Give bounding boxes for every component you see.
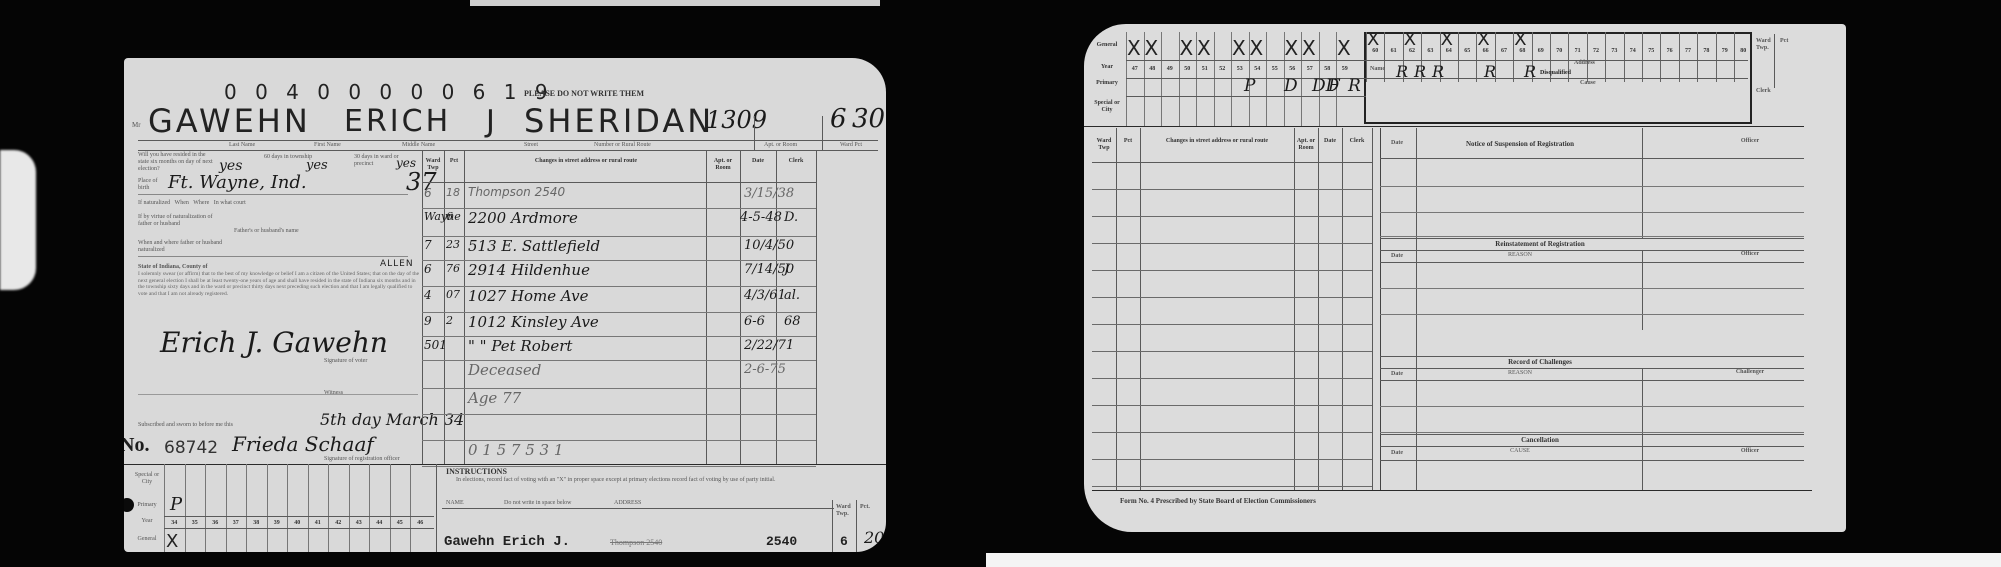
mr-label: Mr [132,122,141,129]
table-line [369,464,370,552]
general-vote-mark: X [1127,38,1141,58]
stub-name-label: NAME [446,500,464,507]
table-line [1380,288,1804,289]
year-cell: 34 [165,520,184,526]
cell-ward: 9 [424,314,432,328]
card-tab-fragment [0,150,36,290]
cancellation-cause: CAUSE [1460,448,1580,455]
year-cell: 39 [268,520,287,526]
oath-text: I solemnly swear (or affirm) that to the… [138,271,420,297]
table-row [1092,243,1372,244]
year-cell: 37 [227,520,246,526]
table-line [328,464,329,552]
registration-card-back: GeneralYearPrimarySpecial or City47X48X4… [1084,24,1846,532]
cell-pct: 18 [446,186,460,199]
grid-row-label: Year [130,518,164,525]
grid-row-label: Special or City [130,472,164,486]
table-row [422,414,816,440]
table-line [1734,32,1735,82]
cell-ward: 4 [424,288,432,302]
table-line [1380,262,1804,263]
label-reg-no: No. [124,434,149,457]
general-vote-mark: X [1250,38,1264,58]
label-last-name: Last Name [229,142,255,149]
table-row: 501" " Pet Robert2/22/71 [422,336,816,360]
table-line [1384,32,1385,82]
table-line [1624,32,1625,82]
year-cell: 48 [1144,66,1162,72]
cell-ward: Wayne [424,210,461,223]
stub-no-write-label: Do not write in space below [504,500,571,507]
stub-pct: 20 [864,528,884,547]
reinstatement-officer: Officer [1710,251,1790,258]
primary-vote-mark: P [1244,76,1255,96]
grid-row-label: Primary [130,502,164,509]
last-name: GAWEHN [148,102,311,140]
label-apt: Apt. or Room [764,142,797,149]
stub-address: Thompson 2540 [610,538,662,547]
year-cell: 53 [1231,66,1249,72]
primary-vote-mark: F [1328,76,1340,96]
primary-vote-mark: R [1484,62,1496,81]
table-row [1092,378,1372,379]
table-line [1716,32,1717,82]
year-cell: 71 [1568,48,1586,54]
table-row: Deceased2-6-75 [422,360,816,388]
registration-number: 68742 [164,438,218,458]
table-line [308,464,309,552]
year-cell: 78 [1697,48,1715,54]
year-cell: 40 [288,520,307,526]
primary-vote-mark: P [170,494,182,515]
label-state-county: State of Indiana, County of [138,264,208,271]
year-cell: 47 [1126,66,1144,72]
table-line [1642,446,1643,490]
year-cell: 57 [1301,66,1319,72]
table-line [1126,96,1366,97]
table-header-cell: Changes in street address or rural route [1141,138,1293,145]
table-line [1416,128,1417,490]
cell-date: 3/15/38 [744,186,794,201]
table-line [205,464,206,552]
year-cell: 41 [309,520,328,526]
table-row [1092,459,1372,460]
ward-number: 6 [830,104,847,134]
grid-row-label: General [130,536,164,543]
table-line [1126,60,1748,61]
year-cell: 61 [1384,48,1402,54]
box-label-clerk: Clerk [1756,88,1771,95]
table-row: 4071027 Home Ave4/3/61al. [422,286,816,312]
table-row: 618Thompson 25403/15/38 [422,184,816,208]
year-cell: 70 [1550,48,1568,54]
header-date: Date [1384,140,1410,147]
table-line [1642,32,1643,82]
year-cell: 55 [1266,66,1284,72]
table-header-cell: Pct [446,158,462,165]
reinstatement-reason: REASON [1460,252,1580,259]
table-row: 0 1 5 7 5 3 1 [422,440,816,466]
label-first-name: First Name [314,142,341,149]
middle-initial: J [486,104,497,139]
cell-address: 0 1 5 7 5 3 1 [468,441,563,459]
table-line [1380,158,1804,159]
adjacent-card-edge [470,0,880,6]
cell-date: 4/3/61 [744,288,786,303]
table-line [246,464,247,552]
table-line [164,516,434,517]
cell-address: 2200 Ardmore [468,209,578,227]
table-header-cell: Changes in street address or rural route [468,158,704,165]
cell-date: 2-6-75 [744,362,786,377]
year-cell: 46 [411,520,430,526]
table-line [164,528,434,529]
table-line [349,464,350,552]
reinstatement-title: Reinstatement of Registration [1440,240,1640,248]
table-line [1380,406,1804,407]
general-vote-mark: X [1180,38,1194,58]
table-line [1092,162,1372,163]
table-row [1092,189,1372,190]
table-row [1092,432,1372,433]
grid-row-label: Special or City [1090,100,1124,114]
table-row [1092,351,1372,352]
cell-pct: 76 [446,262,460,275]
general-vote-mark: X [1477,30,1489,50]
year-cell: 59 [1336,66,1354,72]
table-line [410,464,411,552]
year-cell: 67 [1495,48,1513,54]
stub-pct-label: Pct. [860,504,870,511]
year-cell: 76 [1660,48,1678,54]
year-cell: 73 [1605,48,1623,54]
label-naturalization: If by virtue of naturalization of father… [138,214,218,228]
general-vote-mark: X [1197,38,1211,58]
table-line [1380,356,1804,357]
table-line [1380,460,1804,461]
grid-row-label: Year [1090,64,1124,71]
table-header-cell: Ward Twp [1093,138,1115,152]
table-row [1092,324,1372,325]
officer-signature: Frieda Schaaf [232,432,374,456]
reinstatement-date: Date [1384,253,1410,260]
table-header-cell: Date [742,158,774,165]
table-line [390,464,391,552]
year-cell: 79 [1716,48,1734,54]
cell-address: 1012 Kinsley Ave [468,313,599,331]
grid-row-label: Primary [1090,80,1124,87]
cell-pct: 23 [446,238,460,251]
precinct-number: 30 [852,104,885,134]
year-cell: 51 [1196,66,1214,72]
table-line [1214,32,1215,126]
year-cell: 69 [1532,48,1550,54]
label-street: Street [524,142,538,149]
table-row: 921012 Kinsley Ave6-668 [422,312,816,336]
primary-vote-mark: R [1348,76,1361,96]
table-line [1380,186,1804,187]
table-line [1642,368,1643,448]
table-header-cell: Apt. or Room [708,158,738,172]
year-cell: 43 [350,520,369,526]
header-officer: Officer [1710,138,1790,145]
label-place-of-birth: Place of birth [138,178,168,192]
table-row: Wayne62200 Ardmore4-5-48D. [422,208,816,236]
table-row: 723513 E. Sattlefield10/4/50 [422,236,816,260]
year-cell: 72 [1587,48,1605,54]
stub-voter-name: Gawehn Erich J. [444,534,570,550]
table-header-cell: Ward Twp [424,158,442,172]
year-cell: 77 [1679,48,1697,54]
cell-address: Deceased [468,361,541,379]
table-line [1380,128,1381,490]
table-line [1642,250,1643,330]
table-header-cell: Clerk [778,158,814,165]
table-line [1294,128,1295,490]
box-label-cause: Cause [1580,80,1596,87]
table-line [1342,128,1343,490]
table-line [1266,32,1267,126]
cell-date: 4-5-48 [740,210,782,225]
cell-ward: 6 [424,262,432,276]
year-cell: 58 [1319,66,1337,72]
grid-row-label: General [1090,42,1124,49]
primary-vote-mark: R [1396,62,1408,81]
year-cell: 75 [1642,48,1660,54]
first-name: ERICH [344,104,451,139]
general-vote-mark: X [166,532,178,552]
cell-address: Age 77 [468,389,521,407]
header-suspension: Notice of Suspension of Registration [1420,140,1620,148]
label-officer-signature: Signature of registration officer [324,456,400,463]
box-label-pct: Pct [1780,38,1788,45]
table-line [1380,434,1804,435]
table-line [1161,32,1162,126]
year-cell: 80 [1734,48,1752,54]
cell-date: 2/22/71 [744,338,794,353]
table-header-cell: Pct [1117,138,1139,145]
year-cell: 52 [1214,66,1232,72]
challenges-reason: REASON [1460,370,1580,377]
registration-card-front: 0 0 4 0 0 0 0 0 6 1 9 PLEASE DO NOT WRIT… [124,58,886,552]
cell-address: 2914 Hildenhue [468,261,590,279]
table-line [1587,32,1588,82]
year-cell: 50 [1179,66,1197,72]
table-line [1380,238,1804,239]
table-line [1380,314,1804,315]
table-row: Age 77 [422,388,816,414]
table-line [1697,32,1698,82]
stub-ward-label: Ward Twp. [836,504,856,518]
year-cell: 35 [186,520,205,526]
general-vote-mark: X [1145,38,1159,58]
table-line [1642,128,1643,238]
year-cell: 54 [1249,66,1267,72]
bottom-margin [986,553,2001,567]
cell-pct: 2 [446,314,453,327]
general-vote-mark: X [1285,38,1299,58]
table-line [1605,32,1606,82]
cell-address: 513 E. Sattlefield [468,237,600,255]
table-line [1318,128,1319,490]
table-header-cell: Date [1319,138,1341,145]
table-line [267,464,268,552]
table-row: 6762914 Hildenhue7/14/50J [422,260,816,286]
cell-clerk: D. [784,210,798,225]
general-vote-mark: X [1514,30,1526,50]
cancellation-date: Date [1384,450,1410,457]
table-line [1774,34,1775,88]
county: ALLEN [380,259,414,269]
label-where-when: When and where father or husband natural… [138,240,238,254]
table-row [1092,297,1372,298]
year-cell: 36 [206,520,225,526]
box-label-disqualified: Disqualified [1540,70,1571,77]
primary-vote-mark: R [1524,62,1536,81]
table-row [1092,486,1372,487]
table-line [185,464,186,552]
primary-vote-mark: R [1414,62,1426,81]
general-vote-mark: X [1404,30,1416,50]
box-label-address: Address [1574,60,1595,67]
year-cell: 74 [1624,48,1642,54]
instructions-title: INSTRUCTIONS [446,468,507,476]
instructions-text: In elections, record fact of voting with… [456,477,866,484]
label-number: Number or Rural Route [594,142,651,149]
table-row [1092,405,1372,406]
table-line [1458,32,1459,82]
table-line [1679,32,1680,82]
table-line [1380,380,1804,381]
cancellation-officer: Officer [1710,448,1790,455]
table-line [1380,236,1804,237]
street-name: SHERIDAN [524,102,714,140]
year-cell: 65 [1458,48,1476,54]
cell-ward: 6 [424,186,432,200]
cell-pct: 07 [446,288,460,301]
year-cell: 63 [1421,48,1439,54]
cell-address: 1027 Home Ave [468,287,589,305]
general-vote-mark: X [1441,30,1453,50]
table-line [226,464,227,552]
header-note: PLEASE DO NOT WRITE THEM [524,90,644,98]
q-resided-state: Will you have resided in the state six m… [138,152,218,173]
label-naturalized: If naturalized When Where In what court [138,200,418,207]
table-line [1380,446,1804,447]
year-cell: 49 [1161,66,1179,72]
cell-pct: 6 [446,210,453,223]
form-footer: Form No. 4 Prescribed by State Board of … [1120,498,1316,505]
label-father-name: Father's or husband's name [234,228,299,235]
table-header-cell: Apt. or Room [1295,138,1317,152]
label-signature: Signature of voter [324,358,367,365]
general-vote-mark: X [1337,38,1351,58]
label-ward-pct: Ward Pct [840,142,862,149]
primary-vote-mark: D [1284,76,1298,96]
table-line [1660,32,1661,82]
general-vote-mark: X [1232,38,1246,58]
table-line [1140,128,1141,490]
table-line [164,464,165,552]
table-row [1092,216,1372,217]
cell-date: 10/4/50 [744,238,794,253]
cell-clerk: J [784,262,789,277]
cell-address: Thompson 2540 [468,185,565,199]
year-cell: 56 [1284,66,1302,72]
challenges-officer: Challenger [1710,369,1790,376]
table-line [422,182,816,183]
cell-ward: 7 [424,238,432,252]
general-vote-mark: X [1367,30,1379,50]
table-line [287,464,288,552]
cell-clerk: 68 [784,314,801,329]
challenges-title: Record of Challenges [1440,358,1640,366]
year-cell: 44 [370,520,389,526]
table-header-cell: Clerk [1343,138,1371,145]
table-line [1372,128,1373,490]
place-of-birth: Ft. Wayne, Ind. [168,172,307,193]
year-cell: 38 [247,520,266,526]
cell-address: " " Pet Robert [468,337,572,355]
table-line [1116,128,1117,490]
a-resided-township: yes [306,158,328,173]
box-label-ward: Ward Twp. [1756,38,1772,52]
cell-date: 6-6 [744,314,765,329]
cell-clerk: al. [784,288,800,303]
label-subscribed: Subscribed and sworn to before me this [138,422,233,429]
stub-ward: 6 [840,534,848,549]
stub-house: 2540 [766,534,797,549]
table-line [1380,432,1804,433]
cell-ward: 501 [424,338,447,352]
serial-number: 0 0 4 0 0 0 0 0 6 1 9 [224,80,554,104]
year-cell: 42 [329,520,348,526]
table-line [1380,212,1804,213]
punch-hole [124,498,134,512]
table-row [1092,270,1372,271]
house-number: 1309 [706,106,767,134]
stub-address-label: ADDRESS [614,500,641,507]
general-vote-mark: X [1302,38,1316,58]
voter-signature: Erich J. Gawehn [160,326,388,359]
cancellation-title: Cancellation [1440,436,1640,444]
year-cell: 45 [391,520,410,526]
label-middle-name: Middle Name [402,142,435,149]
primary-vote-mark: R [1432,62,1444,81]
challenges-date: Date [1384,371,1410,378]
box-label-name: Name [1370,66,1385,73]
